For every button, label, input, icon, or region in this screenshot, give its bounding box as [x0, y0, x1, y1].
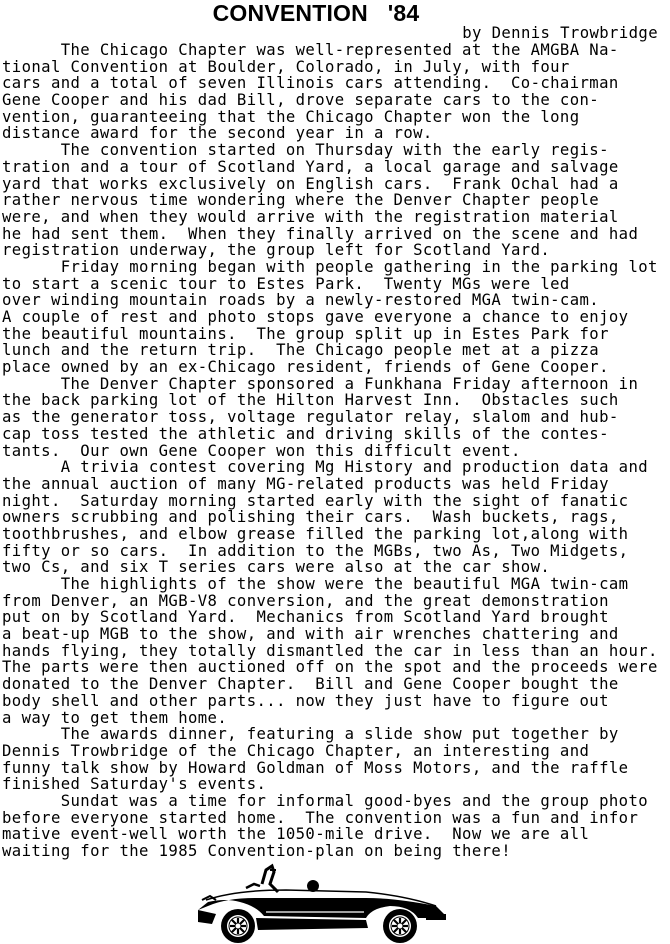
body-line: night. Saturday morning started early wi… [2, 493, 658, 510]
body-line: cars and a total of seven Illinois cars … [2, 75, 658, 92]
body-line: were, and when they would arrive with th… [2, 209, 658, 226]
body-line: hands flying, they totally dismantled th… [2, 643, 658, 660]
body-line: two Cs, and six T series cars were also … [2, 559, 658, 576]
body-line: place owned by an ex-Chicago resident, f… [2, 359, 658, 376]
body-line: Dennis Trowbridge of the Chicago Chapter… [2, 743, 658, 760]
body-line: a beat-up MGB to the show, and with air … [2, 626, 658, 643]
body-line: he had sent them. When they finally arri… [2, 226, 658, 243]
body-line: the annual auction of many MG-related pr… [2, 476, 658, 493]
body-line: A trivia contest covering Mg History and… [2, 459, 658, 476]
body-line: to start a scenic tour to Estes Park. Tw… [2, 276, 658, 293]
body-line: a way to get them home. [2, 710, 658, 727]
body-line: The parts were then auctioned off on the… [2, 659, 658, 676]
body-line: registration underway, the group left fo… [2, 242, 658, 259]
body-line: cap toss tested the athletic and driving… [2, 426, 658, 443]
body-line: vention, guaranteeing that the Chicago C… [2, 109, 658, 126]
body-line: put on by Scotland Yard. Mechanics from … [2, 609, 658, 626]
body-line: donated to the Denver Chapter. Bill and … [2, 676, 658, 693]
body-line: toothbrushes, and elbow grease filled th… [2, 526, 658, 543]
body-line: The highlights of the show were the beau… [2, 576, 658, 593]
body-line: waiting for the 1985 Convention-plan on … [2, 843, 658, 860]
body-line: body shell and other parts... now they j… [2, 693, 658, 710]
body-line: A couple of rest and photo stops gave ev… [2, 309, 658, 326]
convertible-car-illustration [196, 862, 446, 944]
body-line: Sundat was a time for informal good-byes… [2, 793, 658, 810]
body-line: The awards dinner, featuring a slide sho… [2, 726, 658, 743]
body-line: finished Saturday's events. [2, 776, 658, 793]
body-line: fifty or so cars. In addition to the MGB… [2, 543, 658, 560]
body-line: tration and a tour of Scotland Yard, a l… [2, 159, 658, 176]
body-line: from Denver, an MGB-V8 conversion, and t… [2, 593, 658, 610]
body-line: The Chicago Chapter was well-represented… [2, 42, 658, 59]
body-line: distance award for the second year in a … [2, 125, 658, 142]
body-line: over winding mountain roads by a newly-r… [2, 292, 658, 309]
body-line: Friday morning began with people gatheri… [2, 259, 658, 276]
body-line: Gene Cooper and his dad Bill, drove sepa… [2, 92, 658, 109]
body-line: the beautiful mountains. The group split… [2, 326, 658, 343]
body-line: tional Convention at Boulder, Colorado, … [2, 59, 658, 76]
article-body: The Chicago Chapter was well-represented… [2, 42, 658, 860]
body-line: owners scrubbing and polishing their car… [2, 509, 658, 526]
body-line: as the generator toss, voltage regulator… [2, 409, 658, 426]
article-byline: by Dennis Trowbridge [462, 25, 658, 42]
body-line: lunch and the return trip. The Chicago p… [2, 342, 658, 359]
body-line: mative event-well worth the 1050-mile dr… [2, 826, 658, 843]
body-line: before everyone started home. The conven… [2, 810, 658, 827]
body-line: tants. Our own Gene Cooper won this diff… [2, 443, 658, 460]
body-line: rather nervous time wondering where the … [2, 192, 658, 209]
body-line: The convention started on Thursday with … [2, 142, 658, 159]
body-line: The Denver Chapter sponsored a Funkhana … [2, 376, 658, 393]
body-line: the back parking lot of the Hilton Harve… [2, 392, 658, 409]
body-line: yard that works exclusively on English c… [2, 176, 658, 193]
body-line: funny talk show by Howard Goldman of Mos… [2, 760, 658, 777]
article-title: CONVENTION '84 [0, 0, 632, 26]
